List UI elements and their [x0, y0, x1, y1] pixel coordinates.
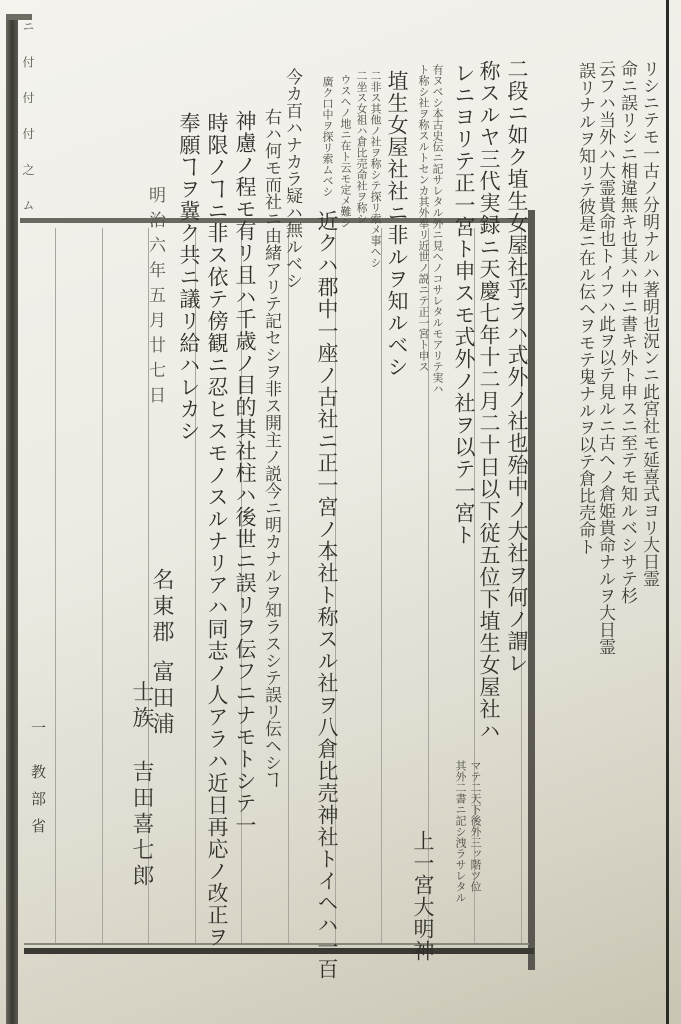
column-rule: [288, 228, 289, 943]
text-column: 廣ク口中ヲ探リ索ムベシ: [322, 76, 333, 197]
right-border-rule: [666, 0, 669, 1024]
text-column: 有ヌベシ本古史伝ニ記サレタル外ニ見ヘノコサレタルモアリテ実ハ: [432, 64, 443, 394]
text-column: ト称シ社ヲ称スルトセンカ其外奉リ近世ノ説ニテ正一宮ト申ス: [418, 64, 429, 372]
frame-right-rule: [528, 210, 535, 970]
text-column: 二段ニ如ク埴生女屋社乎ラハ式外ノ社也殆中ノ大社ヲ何ノ謂レ: [506, 58, 527, 674]
text-column: 埴生女屋社社ニ非ルヲ知ルベシ: [386, 70, 407, 378]
text-column: 誤リナルヲ知リテ彼是ニ在ル伝ヘヲモテ鬼ナルヲ以テ倉比売命ト: [576, 62, 593, 555]
annotation: 上一宮大明神: [412, 830, 433, 962]
text-column: 二非ス其他ノ社ヲ称シテ探リ索メ事ヘシ: [370, 70, 381, 268]
text-column: レニヨリテ正一宮ト申スモ式外ノ社ヲ以テ一宮ト: [453, 62, 474, 546]
text-column: 右ハ何モ而社ニ由緒アリテ記セシヲ非ス開主ノ説今ニ明カナルヲ知ラスシテ誤リ伝ヘシヿ: [262, 108, 279, 788]
text-column: 云フハ当外ハ大霊貴命也トイフハ此ヲ以テ見ルニ古ヘノ倉姫貴命ナルヲ大日霊: [596, 60, 613, 655]
signature-title: 士族: [130, 680, 152, 732]
text-column: 時限ノヿニ非ス依テ傍観ニ忍ヒスモノスルナリアハ同志ノ人アラハ近日再応ノ改正ヲ: [206, 112, 227, 948]
annotation: 其外二書ニ記シ洩ラサレタル: [455, 760, 466, 903]
document-date: 明治六年五月廿七日: [146, 186, 163, 411]
column-rule: [102, 228, 103, 943]
left-margin-marks: ニ 付 付 付 之 ム: [22, 20, 34, 221]
text-column: 奉願ヿヲ冀ク共ニ議リ給ハレカシ: [178, 112, 199, 442]
text-column: ウスヘノ地ニ在ト云モ定メ難シ: [340, 74, 351, 228]
binding-strip: [6, 14, 18, 1024]
text-column: 近クハ郡中一座ノ古社ニ正一宮ノ本社ト称スル社ヲ八倉比売神社トイヘハ一百: [316, 210, 337, 980]
text-column: 称スルヤ三代実録ニ天慶七年十二月二十日以下従五位下埴生女屋社ハ: [478, 60, 499, 742]
column-rule: [55, 228, 56, 943]
text-column: 今カ百ハナカラ疑ハ無ルベシ: [283, 68, 300, 289]
left-margin-ministry: 一 教部省: [30, 720, 45, 845]
text-column: 神慮ノ程モ有リ且ハ千歳ノ目的其社柱ハ後世ニ誤リヲ伝フニナモトシテ一: [234, 110, 255, 836]
text-column: 命ニ誤リシニ相違無キ也其ハ中ニ書キ外ト申スニ至テモ知ルベシサテ杉: [618, 60, 635, 604]
signature-name: 吉田喜七郎: [130, 760, 152, 890]
column-rule: [381, 228, 382, 943]
text-column: 二坐ス女祖ハ倉比売命社ヲ称シ: [356, 70, 367, 224]
annotation: マテ二天下後外三ッ階ツ位: [470, 760, 481, 892]
signature-place: 名東郡: [150, 568, 172, 646]
frame-bottom-rule: [24, 948, 534, 954]
frame-bottom-thin-rule: [24, 943, 529, 945]
document-page: リシニテモ一古ノ分明ナルハ著明也況ンニ此宮社モ延喜式ヨリ大日霊 命ニ誤リシニ相違…: [0, 0, 681, 1024]
text-column: リシニテモ一古ノ分明ナルハ著明也況ンニ此宮社モ延喜式ヨリ大日霊: [640, 60, 657, 587]
